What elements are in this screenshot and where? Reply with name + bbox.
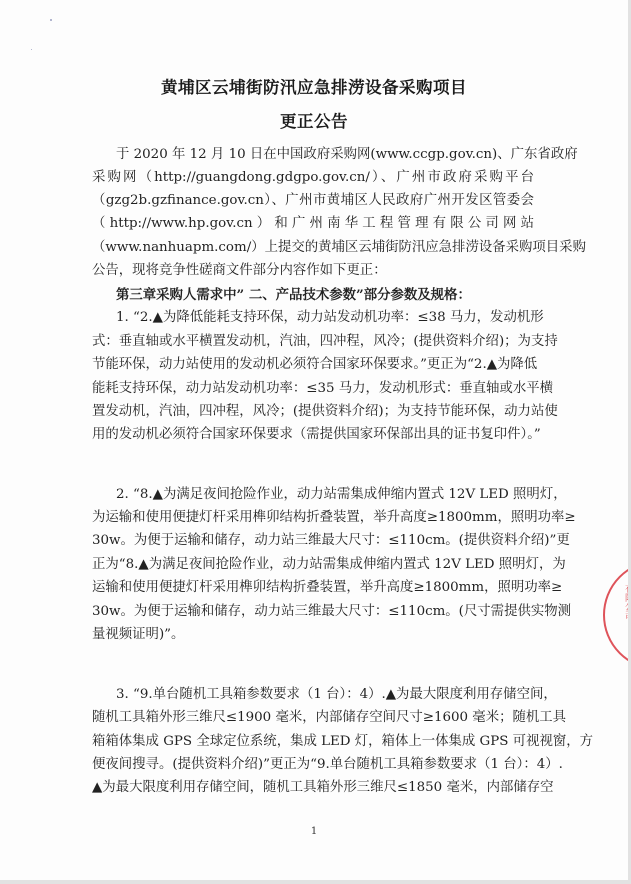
body-line: 公告，现将竞争性磋商文件部分内容作如下更正：: [92, 262, 534, 280]
body-line: 运输和使用便捷灯杆采用榫卯结构折叠装置，举升高度≥1800mm，照明功率≥: [92, 579, 534, 597]
body-line: （http://www.hp.gov.cn）和广州南华工程管理有限公司网站: [92, 215, 534, 233]
body-line: 3. “9.单台随机工具箱参数要求（1 台）：4）.▲为最大限度利用存储空间，: [116, 686, 534, 704]
body-line: 置发动机，汽油，四冲程，风冷；(提供资料介绍)；为支持节能环保，动力站使: [92, 403, 534, 421]
body-line: 箱箱体集成 GPS 全球定位系统，集成 LED 灯，箱体上一体集成 GPS 可视…: [92, 733, 534, 751]
body-line: 量视频证明)”。: [92, 626, 534, 644]
document-subtitle: 更正公告: [0, 108, 628, 132]
scan-speck: [31, 49, 32, 50]
body-line: 采购网（http://guangdong.gdgpo.gov.cn/）、广州市政…: [92, 169, 534, 187]
body-line: 1. “2.▲为降低能耗支持环保，动力站发动机功率：≤38 马力，发动机形: [116, 309, 534, 327]
page-number: 1: [0, 826, 628, 837]
body-line: 能耗支持环保，动力站发动机功率：≤35 马力，发动机形式：垂直轴或水平横: [92, 380, 534, 398]
document-title: 黄埔区云埔街防汛应急排涝设备采购项目: [0, 74, 628, 98]
body-line: 30w。为便于运输和储存，动力站三维最大尺寸：≤110cm。(尺寸需提供实物测: [92, 603, 534, 621]
scan-speck: [50, 19, 52, 21]
body-line: 用的发动机必须符合国家环保要求（需提供国家环保部出具的证书复印件）。”: [92, 426, 534, 444]
section-heading: 第三章采购人需求中” 二、产品技术参数”部分参数及规格：: [116, 286, 534, 304]
body-line: 30w。为便于运输和储存，动力站三维最大尺寸：≤110cm。(提供资料介绍)”更: [92, 532, 534, 550]
body-line: 于 2020 年 12 月 10 日在中国政府采购网(www.ccgp.gov.…: [116, 146, 534, 164]
page-edge: [0, 880, 631, 884]
official-seal-stamp: 有限公司: [603, 560, 631, 670]
body-line: （www.nanhuapm.com/）上提交的黄埔区云埔街防汛应急排涝设备采购项…: [92, 239, 534, 257]
body-line: （gzg2b.gzfinance.gov.cn）、广州市黄埔区人民政府广州开发区…: [92, 192, 534, 210]
body-line: 为运输和使用便捷灯杆采用榫卯结构折叠装置，举升高度≥1800mm，照明功率≥: [92, 509, 534, 527]
body-line: ▲为最大限度利用存储空间，随机工具箱外形三维尺≤1850 毫米，内部储存空: [92, 779, 534, 797]
body-line: 便夜间搜寻。(提供资料介绍)”更正为“9.单台随机工具箱参数要求（1 台）：4）…: [92, 756, 534, 774]
body-line: 2. “8.▲为满足夜间抢险作业，动力站需集成伸缩内置式 12V LED 照明灯…: [116, 486, 534, 504]
body-line: 正为“8.▲为满足夜间抢险作业，动力站需集成伸缩内置式 12V LED 照明灯，…: [92, 556, 534, 574]
document-page: 黄埔区云埔街防汛应急排涝设备采购项目 更正公告 于 2020 年 12 月 10…: [0, 0, 628, 880]
body-line: 节能环保，动力站使用的发动机必须符合国家环保要求。”更正为“2.▲为降低: [92, 356, 534, 374]
body-line: 式：垂直轴或水平横置发动机，汽油，四冲程，风冷；(提供资料介绍)；为支持: [92, 333, 534, 351]
body-line: 随机工具箱外形三维尺≤1900 毫米，内部储存空间尺寸≥1600 毫米；随机工具: [92, 709, 534, 727]
